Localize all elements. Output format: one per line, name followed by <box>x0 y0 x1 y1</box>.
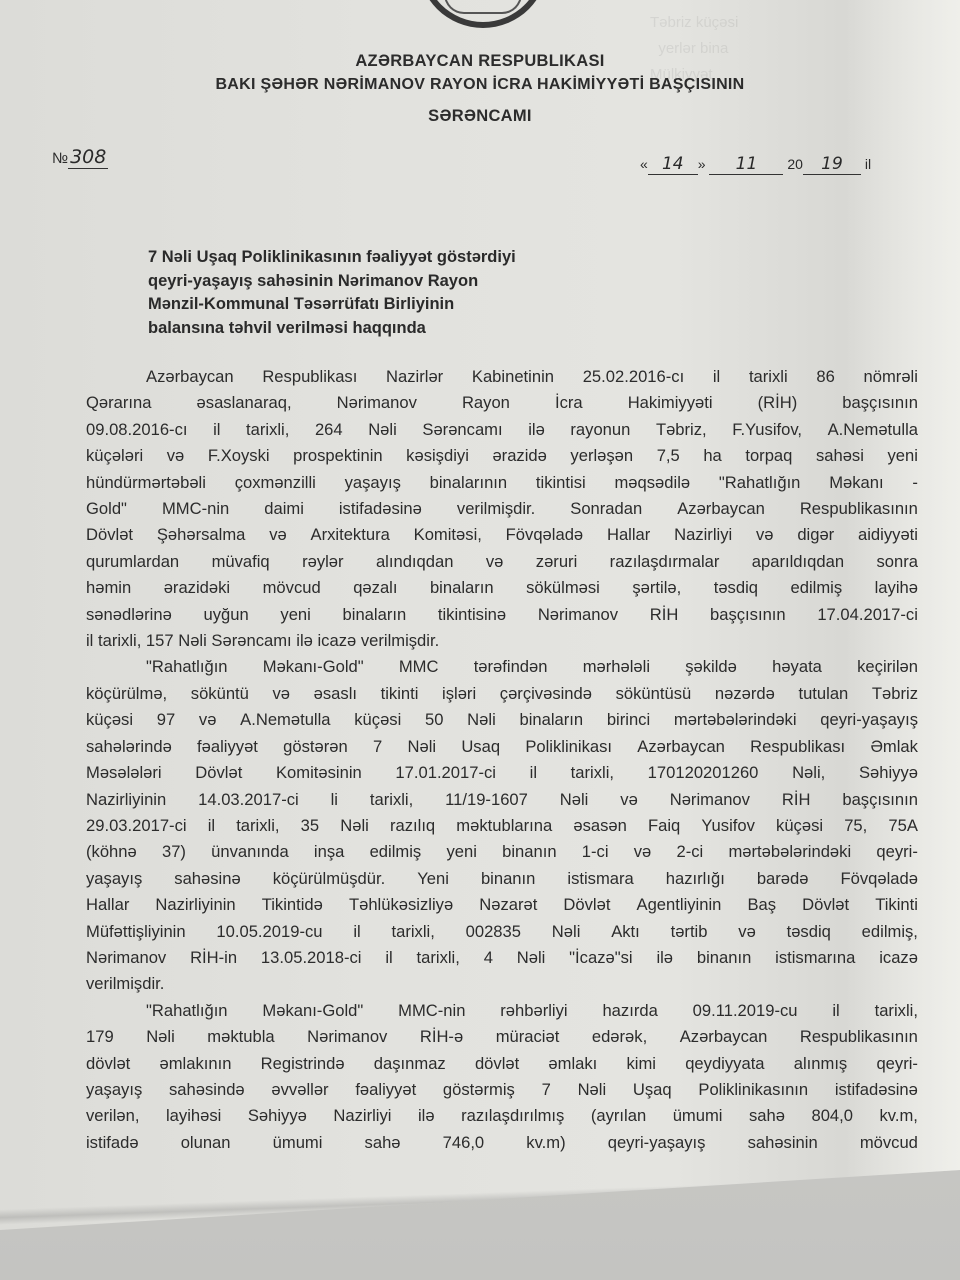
body-word: Usaq <box>461 734 500 760</box>
body-word: Nəli <box>578 1077 607 1103</box>
body-word: edilmiş <box>790 575 842 601</box>
body-word: 11/19-1607 <box>445 787 528 813</box>
body-word: tərəfindən <box>474 654 548 680</box>
body-word: Nazirliyi <box>333 1103 391 1129</box>
body-word: ilə <box>418 1103 435 1129</box>
body-word: köçürülmə, <box>86 681 167 707</box>
body-word: əsaslanaraq, <box>197 390 292 416</box>
body-word: F.Yusifov, <box>732 417 802 443</box>
body-line: NərimanovRİH-in13.05.2018-ciiltarixli,4N… <box>86 945 918 971</box>
date-close-quote: » <box>698 156 706 172</box>
body-word: həyata <box>772 654 822 680</box>
body-word: il <box>353 919 360 945</box>
body-word: Nazirliyinin <box>155 892 235 918</box>
body-line: verilən,layihəsiSəhiyyəNazirliyiilərazıl… <box>86 1103 918 1129</box>
body-word: tarixli, <box>236 813 279 839</box>
header-country: AZƏRBAYCAN RESPUBLIKASI <box>0 52 960 71</box>
body-word: Nəli, <box>792 760 825 786</box>
body-line: Nazirliyinin14.03.2017-cilitarixli,11/19… <box>86 787 918 813</box>
body-word: il <box>208 813 215 839</box>
body-word: Nəzarət <box>479 892 537 918</box>
body-word: il <box>530 760 537 786</box>
body-word: Uşaq <box>633 1077 672 1103</box>
body-word: tarixli, <box>391 919 434 945</box>
body-word: tikinti <box>381 681 419 707</box>
body-word: istismarına <box>775 945 855 971</box>
body-word: Dövlət <box>195 760 242 786</box>
body-word: küçələri <box>86 443 143 469</box>
body-word: 75A <box>888 813 918 839</box>
body-word: inşa <box>314 839 344 865</box>
title-line: qeyri-yaşayış sahəsinin Nərimanov Rayon <box>148 270 608 294</box>
body-word: yeni <box>887 443 917 469</box>
body-word: olunan <box>181 1130 231 1156</box>
body-word: Hakimiyyəti <box>628 390 713 416</box>
body-word: tarixli, <box>875 998 918 1024</box>
body-word: Yusifov <box>701 813 755 839</box>
body-line: sahələrindəfəaliyyətgöstərən7NəliUsaqPol… <box>86 734 918 760</box>
body-word: məktublarına <box>456 813 552 839</box>
body-word: Respublikasının <box>800 1024 918 1050</box>
body-word: əvvəllər <box>271 1077 328 1103</box>
body-word: razılaşdırılmış <box>461 1103 564 1129</box>
header-authority: BAKI ŞƏHƏR NƏRİMANOV RAYON İCRA HAKİMİYY… <box>0 76 960 94</box>
body-word: binalarının <box>430 470 508 496</box>
body-word: sahəsinə <box>174 866 240 892</box>
body-line: həminərazidəkimövcudqəzalıbinalarınsökül… <box>86 575 918 601</box>
body-word: küçəsi <box>86 707 133 733</box>
body-word: Dövlət <box>802 892 849 918</box>
body-word: A.Nemətulla <box>828 417 918 443</box>
body-word: Nəli <box>467 707 496 733</box>
body-word: şərtilə, <box>632 575 681 601</box>
body-word: Nazirliyi <box>674 522 732 548</box>
body-line: küçələrivəF.Xoyskiprospektininkəsişdiyiə… <box>86 443 918 469</box>
body-line: Qərarınaəsaslanaraq,NərimanovRayonİcraHa… <box>86 390 918 416</box>
body-word: edilmiş, <box>862 919 918 945</box>
body-word: 264 <box>315 417 343 443</box>
body-word: layihə <box>875 575 918 601</box>
body-word: Təbriz <box>872 681 918 707</box>
body-word: alındıqdan <box>376 549 454 575</box>
body-word: məqsədilə <box>614 470 690 496</box>
date-month: 11 <box>709 154 783 175</box>
body-word: Səhiyyə <box>248 1103 307 1129</box>
body-word: qəzalı <box>353 575 397 601</box>
body-word: yaşayış <box>345 470 401 496</box>
body-word: Nərimanov <box>538 602 618 628</box>
body-word: binaların <box>519 707 583 733</box>
body-word: (köhnə <box>86 839 137 865</box>
body-word: Müfəttişliyinin <box>86 919 186 945</box>
order-body-text: AzərbaycanRespublikasıNazirlərKabinetini… <box>86 364 918 1156</box>
body-line: "RahatlığınMəkanı-Gold"MMCtərəfindənmərh… <box>86 654 918 680</box>
body-line: il tarixli, 157 Nəli Sərəncamı ilə icazə… <box>86 628 918 654</box>
body-word: "Rahatlığın <box>146 998 228 1024</box>
title-line: balansına təhvil verilməsi haqqında <box>148 317 608 341</box>
body-word: Respublikasının <box>800 496 918 522</box>
body-line: DövlətŞəhərsalmavəArxitekturaKomitəsi,Fö… <box>86 522 918 548</box>
body-word: edərək, <box>592 1024 647 1050</box>
body-word: qurumlardan <box>86 549 179 575</box>
body-word: qeyri- <box>876 1051 918 1077</box>
body-word: nəzərdə <box>715 681 775 707</box>
body-word: tutulan <box>798 681 848 707</box>
body-word: çərçivəsində <box>500 681 592 707</box>
body-word: başçısının <box>842 787 918 813</box>
body-word: il <box>713 364 720 390</box>
body-word: 17.01.2017-ci <box>395 760 496 786</box>
body-word: Nərimanov <box>337 390 417 416</box>
body-word: yeni <box>446 839 476 865</box>
body-word: və <box>269 522 287 548</box>
body-word: uyğun <box>203 602 248 628</box>
body-word: sahəsi <box>816 443 864 469</box>
body-line: 179NəliməktublaNərimanovRİH-əmüraciətedə… <box>86 1024 918 1050</box>
body-word: razılıq <box>390 813 435 839</box>
body-word: il <box>213 417 220 443</box>
body-word: edilmiş <box>370 839 422 865</box>
emblem-seal-icon <box>418 0 548 28</box>
body-word: binaların <box>430 575 494 601</box>
body-word: mərhələli <box>583 654 650 680</box>
body-word: kv.m, <box>880 1103 918 1129</box>
body-word: Məkanı <box>829 470 883 496</box>
body-word: 1-ci <box>582 839 609 865</box>
body-word: il <box>832 998 839 1024</box>
body-word: MMC <box>399 654 439 680</box>
body-word: - <box>912 470 918 496</box>
body-word: Dövlət <box>563 892 610 918</box>
body-word: Rayon <box>462 390 510 416</box>
body-word: Azərbaycan <box>637 734 725 760</box>
body-line: Gold"MMC-nindaimiistifadəsinəverilmişdir… <box>86 496 918 522</box>
date-day: 14 <box>648 154 698 175</box>
body-word: binanın <box>502 839 556 865</box>
body-word: küçəsi <box>776 813 823 839</box>
body-word: Sonradan <box>570 496 642 522</box>
body-word: Azərbaycan <box>677 496 765 522</box>
body-word: 14.03.2017-ci <box>198 787 299 813</box>
body-word: Əmlak <box>870 734 918 760</box>
body-word: 2-ci <box>677 839 704 865</box>
body-word: 75, <box>844 813 867 839</box>
body-word: Nazirliyinin <box>86 787 166 813</box>
body-word: söküntüsü <box>616 681 692 707</box>
body-word: fəaliyyət <box>197 734 258 760</box>
body-word: zəruri <box>536 549 578 575</box>
body-word: mövcud <box>860 1130 918 1156</box>
order-date: «14» 11 2019 il <box>640 154 871 175</box>
body-line: HallarNazirliyininTikintidəTəhlükəsizliy… <box>86 892 918 918</box>
body-word: sahəsinin <box>748 1130 818 1156</box>
body-word: Nəli <box>368 417 397 443</box>
body-word: aparıldıqdan <box>752 549 844 575</box>
body-word: birinci <box>607 707 650 733</box>
body-word: söküntü <box>191 681 249 707</box>
body-line: köçürülmə,söküntüvəəsaslıtikintiişləriçə… <box>86 681 918 707</box>
body-word: Poliklinikası <box>525 734 612 760</box>
body-word: razılaşdırmalar <box>610 549 720 575</box>
body-word: 746,0 <box>443 1130 485 1156</box>
body-word: dövlət <box>86 1051 130 1077</box>
body-word: əmlakının <box>159 1051 231 1077</box>
body-word: köçürülmüşdür. <box>273 866 386 892</box>
body-word: Fövqəladə <box>840 866 918 892</box>
date-open-quote: « <box>640 156 648 172</box>
body-word: istifadəsinə <box>835 1077 918 1103</box>
body-line: AzərbaycanRespublikasıNazirlərKabinetini… <box>86 364 918 390</box>
body-word: Poliklinikasının <box>698 1077 808 1103</box>
body-word: müraciət <box>496 1024 560 1050</box>
body-word: Gold" <box>86 496 127 522</box>
body-word: Təbriz, <box>656 417 707 443</box>
body-word: binaların <box>343 602 407 628</box>
body-word: Nərimanov <box>86 945 166 971</box>
body-word: Qərarına <box>86 390 151 416</box>
body-word: nömrəli <box>864 364 918 390</box>
body-word: Faiq <box>648 813 680 839</box>
body-word: tikintisi <box>536 470 586 496</box>
body-word: və <box>486 549 504 575</box>
body-word: hündürmərtəbəli <box>86 470 206 496</box>
body-word: Respublikası <box>262 364 357 390</box>
body-word: 09.11.2019-cu <box>693 998 798 1024</box>
body-word: kimi <box>627 1051 657 1077</box>
body-word: və <box>738 919 756 945</box>
body-word: və <box>620 787 638 813</box>
body-line: sənədlərinəuyğunyenibinalarıntikintisinə… <box>86 602 918 628</box>
body-word: alınmış <box>794 1051 847 1077</box>
body-word: göstərmiş <box>443 1077 515 1103</box>
body-word: şəkildə <box>685 654 737 680</box>
body-word: Azərbaycan <box>146 364 234 390</box>
body-word: A.Nemətulla <box>240 707 330 733</box>
body-word: ilə <box>528 417 545 443</box>
body-word: çoxmənzilli <box>235 470 316 496</box>
body-word: Hallar <box>607 522 650 548</box>
body-word: Komitəsi, <box>414 522 482 548</box>
body-word: 4 <box>484 945 493 971</box>
body-word: Nazirlər <box>386 364 443 390</box>
body-word: Azərbaycan <box>680 1024 768 1050</box>
body-word: Məkanı-Gold" <box>263 654 364 680</box>
body-word: 50 <box>425 707 443 733</box>
body-word: 10.05.2019-cu <box>216 919 322 945</box>
body-word: 35 <box>301 813 319 839</box>
date-year-prefix: 20 <box>787 156 803 172</box>
body-word: sonra <box>876 549 918 575</box>
body-word: Agentliyinin <box>637 892 722 918</box>
title-line: 7 Nəli Uşaq Poliklinikasının fəaliyyət g… <box>148 246 608 270</box>
body-line: yaşayışsahəsindəəvvəllərfəaliyyətgöstərm… <box>86 1077 918 1103</box>
body-word: təsdiq <box>714 575 758 601</box>
body-line-text: verilmişdir. <box>86 971 164 997</box>
body-word: F.Xoyski <box>208 443 270 469</box>
body-word: Tikinti <box>875 892 918 918</box>
body-word: qeyri-yaşayış <box>820 707 918 733</box>
date-year-word: il <box>865 156 871 172</box>
body-word: məktubla <box>207 1024 274 1050</box>
body-word: yaşayış <box>86 866 142 892</box>
body-line: MəsələləriDövlətKomitəsinin17.01.2017-ci… <box>86 760 918 786</box>
body-word: Şəhərsalma <box>157 522 246 548</box>
body-word: Baş <box>747 892 776 918</box>
body-word: 804,0 <box>811 1103 853 1129</box>
body-word: tarixli, <box>417 945 460 971</box>
body-word: başçısının <box>710 602 786 628</box>
body-line: qurumlardanmüvafiqrəyləralındıqdanvəzəru… <box>86 549 918 575</box>
body-word: rayonun <box>570 417 630 443</box>
body-word: icazə <box>879 945 918 971</box>
body-word: Nərimanov <box>670 787 750 813</box>
body-word: Sərəncamı <box>422 417 502 443</box>
body-word: 25.02.2016-cı <box>583 364 684 390</box>
body-word: il <box>385 945 392 971</box>
body-word: həmin <box>86 575 131 601</box>
body-word: RİH-in <box>190 945 237 971</box>
body-word: qeydiyyata <box>685 1051 764 1077</box>
body-word: İcra <box>555 390 583 416</box>
body-word: yerləşən <box>570 443 633 469</box>
body-line: istifadəolunanümumisahə746,0kv.m)qeyri-y… <box>86 1130 918 1156</box>
body-word: işləri <box>442 681 476 707</box>
body-word: "İcazə"si <box>569 945 632 971</box>
body-word: sənədlərinə <box>86 602 172 628</box>
body-line: küçəsi97vəA.Nemətullaküçəsi50Nəlibinalar… <box>86 707 918 733</box>
document-type: SƏRƏNCAMI <box>0 107 960 126</box>
body-word: sahəsində <box>169 1077 245 1103</box>
body-word: 002835 <box>466 919 521 945</box>
body-word: küçəsi <box>354 707 401 733</box>
body-word: layihəsi <box>166 1103 221 1129</box>
body-word: Kabinetinin <box>472 364 554 390</box>
body-word: verilən, <box>86 1103 140 1129</box>
body-word: sahə <box>365 1130 401 1156</box>
body-word: göstərən <box>283 734 348 760</box>
body-word: Hallar <box>86 892 129 918</box>
body-word: və <box>273 681 291 707</box>
body-word: Yeni <box>417 866 449 892</box>
body-word: əsaslı <box>314 681 357 707</box>
body-word: dövlət <box>475 1051 519 1077</box>
body-word: və <box>199 707 217 733</box>
body-word: qeyri- <box>876 839 918 865</box>
body-word: rəhbərliyi <box>500 998 567 1024</box>
body-word: ərazidə <box>492 443 546 469</box>
body-word: müvafiq <box>212 549 270 575</box>
body-word: sahə <box>749 1103 785 1129</box>
body-word: Təhlükəsizliyə <box>349 892 453 918</box>
body-word: Məkanı-Gold" <box>262 998 363 1024</box>
body-word: tarixli, <box>370 787 413 813</box>
body-word: tarixli, <box>571 760 614 786</box>
body-word: "Rahatlığın <box>719 470 801 496</box>
body-word: kv.m) <box>526 1130 565 1156</box>
body-word: Nəli <box>340 813 369 839</box>
body-word: və <box>756 522 774 548</box>
body-word: torpaq <box>745 443 792 469</box>
body-word: (RİH) <box>758 390 798 416</box>
body-word: sahələrində <box>86 734 172 760</box>
body-word: Məsələləri <box>86 760 162 786</box>
order-number: №308 <box>52 146 108 168</box>
body-word: əmlakı <box>548 1051 597 1077</box>
body-word: Nəli <box>407 734 436 760</box>
body-word: prospektinin <box>293 443 382 469</box>
body-word: hazırda <box>602 998 657 1024</box>
body-word: yeni <box>280 602 310 628</box>
body-word: istismara <box>567 866 633 892</box>
body-line: hündürmərtəbəliçoxmənzilliyaşayışbinalar… <box>86 470 918 496</box>
body-word: 7,5 <box>657 443 680 469</box>
body-word: 86 <box>816 364 834 390</box>
body-word: Arxitektura <box>311 522 390 548</box>
body-word: 7 <box>542 1077 551 1103</box>
order-number-value: 308 <box>68 146 108 169</box>
body-word: tarixli, <box>246 417 289 443</box>
body-word: keçirilən <box>857 654 918 680</box>
body-word: Nəli <box>560 787 589 813</box>
body-word: 179 <box>86 1024 114 1050</box>
body-word: 7 <box>373 734 382 760</box>
body-line: yaşayışsahəsinəköçürülmüşdür.Yenibinanın… <box>86 866 918 892</box>
body-word: digər <box>797 522 834 548</box>
order-subject-title: 7 Nəli Uşaq Poliklinikasının fəaliyyət g… <box>148 246 608 340</box>
body-word: və <box>634 839 652 865</box>
document-page: Təbriz küçəsi yerlər bina Mülkiyyət AZƏR… <box>0 0 960 1235</box>
body-word: aidiyyəti <box>858 522 918 548</box>
body-word: Aktı <box>611 919 640 945</box>
body-word: "Rahatlığın <box>146 654 228 680</box>
body-word: 37) <box>162 839 186 865</box>
body-word: Nəli <box>146 1024 175 1050</box>
body-line: dövlətəmlakınınRegistrindədaşınmazdövlət… <box>86 1051 918 1077</box>
body-word: hazırlığı <box>666 866 725 892</box>
body-word: Registrində <box>261 1051 345 1077</box>
body-word: əsasən <box>573 813 627 839</box>
body-word: sökülməsi <box>526 575 600 601</box>
body-word: 13.05.2018-ci <box>261 945 362 971</box>
body-word: barədə <box>757 866 809 892</box>
body-word: mərtəbələrindəki <box>674 707 797 733</box>
body-word: 29.03.2017-ci <box>86 813 187 839</box>
body-line: Müfəttişliyinin10.05.2019-cuiltarixli,00… <box>86 919 918 945</box>
body-word: Nərimanov <box>307 1024 387 1050</box>
body-word: 09.08.2016-cı <box>86 417 187 443</box>
body-line: 09.08.2016-cıiltarixli,264NəliSərəncamıi… <box>86 417 918 443</box>
body-word: təsdiq <box>787 919 831 945</box>
body-word: mövcud <box>263 575 321 601</box>
body-word: ha <box>703 443 721 469</box>
body-word: Dövlət <box>86 522 133 548</box>
body-word: istifadə <box>86 1130 139 1156</box>
body-word: tikintisinə <box>438 602 506 628</box>
body-word: ərazidəki <box>164 575 230 601</box>
body-word: daimi <box>264 496 304 522</box>
body-line: 29.03.2017-ciiltarixli,35Nəlirazılıqməkt… <box>86 813 918 839</box>
body-word: Nəli <box>552 919 581 945</box>
body-word: ilə <box>656 945 673 971</box>
body-word: ümumi <box>273 1130 323 1156</box>
body-line-text: il tarixli, 157 Nəli Sərəncamı ilə icazə… <box>86 628 439 654</box>
body-word: binanın <box>481 866 535 892</box>
body-word: ümumi <box>673 1103 723 1129</box>
body-word: kəsişdiyi <box>406 443 469 469</box>
body-word: MMC-nin <box>162 496 229 522</box>
body-word: ünvanında <box>211 839 289 865</box>
body-line: (köhnə37)ünvanındainşaedilmişyenibinanın… <box>86 839 918 865</box>
